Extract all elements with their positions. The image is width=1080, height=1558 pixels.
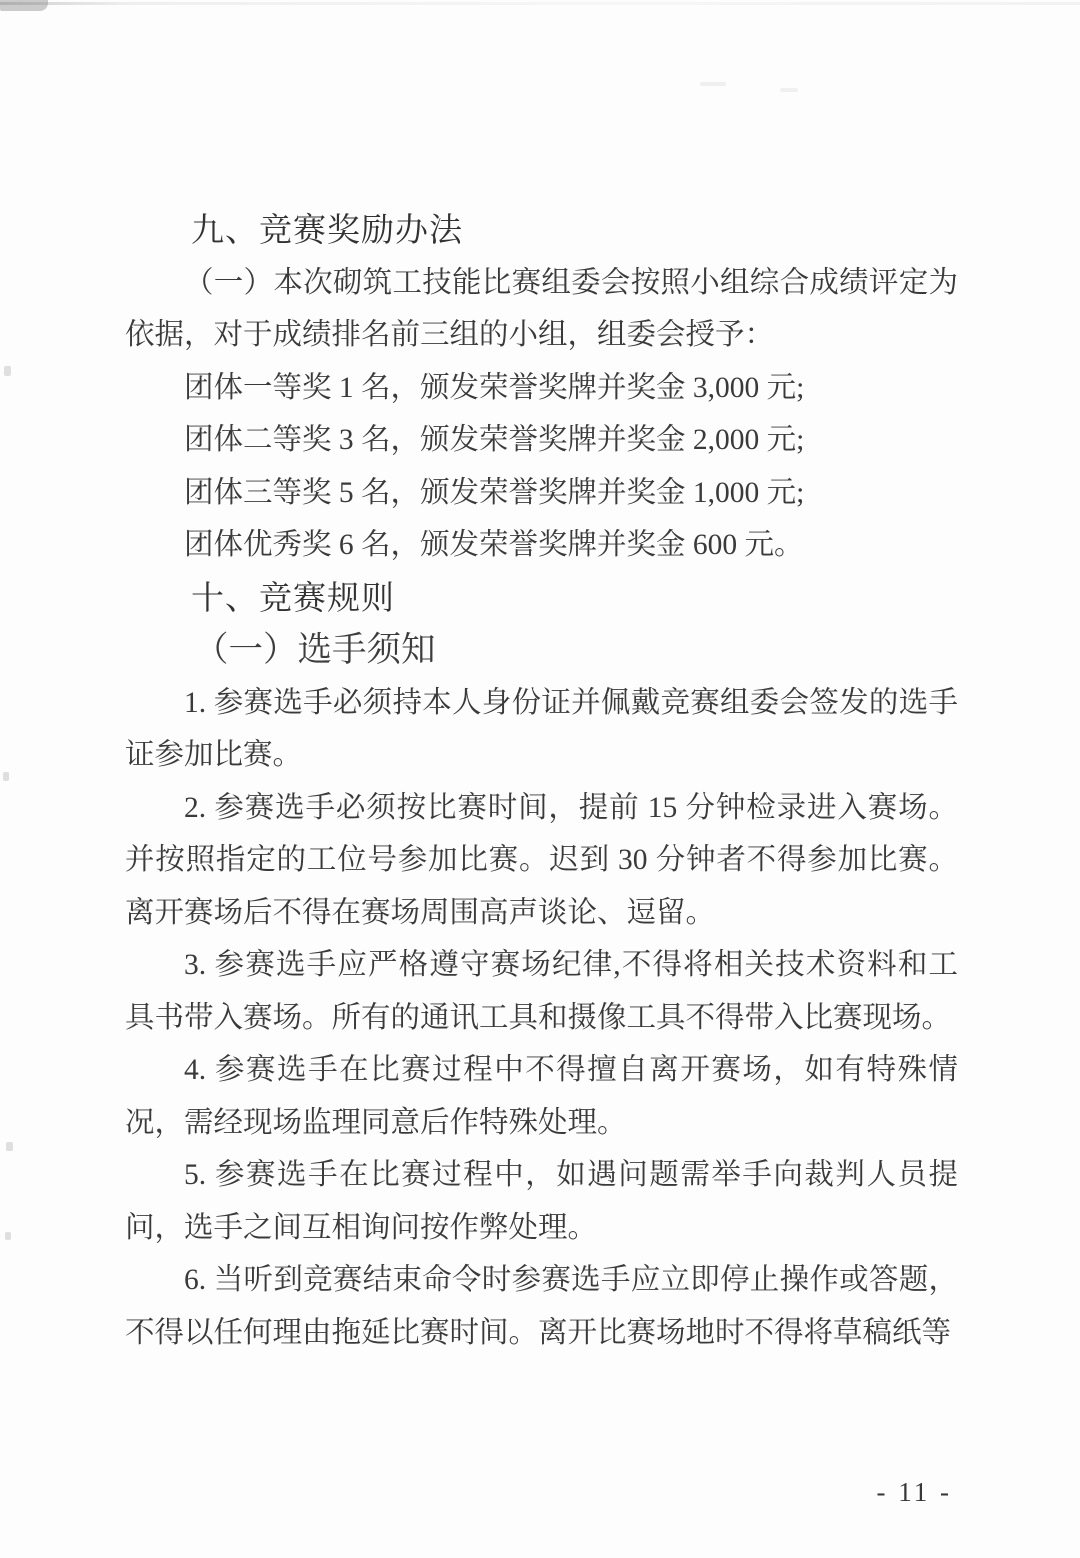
award-line-third-prize: 团体三等奖 5 名，颁发荣誉奖牌并奖金 1,000 元; <box>125 467 958 520</box>
scan-speck <box>6 1142 13 1151</box>
scan-speck <box>700 82 726 86</box>
scan-speck <box>780 88 798 92</box>
rule-item-2: 2. 参赛选手必须按比赛时间，提前 15 分钟检录进入赛场。并按照指定的工位号参… <box>125 782 958 940</box>
document-content: 九、竞赛奖励办法 （一）本次砌筑工技能比赛组委会按照小组综合成绩评定为依据，对于… <box>125 204 958 1359</box>
rule-item-3: 3. 参赛选手应严格遵守赛场纪律,不得将相关技术资料和工具书带入赛场。所有的通讯… <box>125 939 958 1044</box>
section-heading-awards: 九、竞赛奖励办法 <box>125 204 958 257</box>
award-line-second-prize: 团体二等奖 3 名，颁发荣誉奖牌并奖金 2,000 元; <box>125 414 958 467</box>
scan-speck <box>4 366 11 376</box>
rule-item-5: 5. 参赛选手在比赛过程中，如遇问题需举手向裁判人员提问，选手之间互相询问按作弊… <box>125 1149 958 1254</box>
page-number: - 11 - <box>877 1477 952 1508</box>
rule-item-1: 1. 参赛选手必须持本人身份证并佩戴竞赛组委会签发的选手证参加比赛。 <box>125 677 958 782</box>
subsection-contestant-notice: （一）选手须知 <box>125 624 958 677</box>
scan-speck <box>3 772 9 781</box>
document-page: 九、竞赛奖励办法 （一）本次砌筑工技能比赛组委会按照小组综合成绩评定为依据，对于… <box>0 0 1080 1558</box>
paragraph-awards-intro: （一）本次砌筑工技能比赛组委会按照小组综合成绩评定为依据，对于成绩排名前三组的小… <box>125 257 958 362</box>
scan-edge-artifact <box>0 2 1080 5</box>
award-line-excellence-prize: 团体优秀奖 6 名，颁发荣誉奖牌并奖金 600 元。 <box>125 519 958 572</box>
scan-corner-artifact <box>0 0 48 11</box>
scan-speck <box>5 1232 11 1240</box>
award-line-first-prize: 团体一等奖 1 名，颁发荣誉奖牌并奖金 3,000 元; <box>125 362 958 415</box>
section-heading-rules: 十、竞赛规则 <box>125 572 958 625</box>
rule-item-4: 4. 参赛选手在比赛过程中不得擅自离开赛场，如有特殊情况，需经现场监理同意后作特… <box>125 1044 958 1149</box>
rule-item-6: 6. 当听到竞赛结束命令时参赛选手应立即停止操作或答题，不得以任何理由拖延比赛时… <box>125 1254 958 1359</box>
